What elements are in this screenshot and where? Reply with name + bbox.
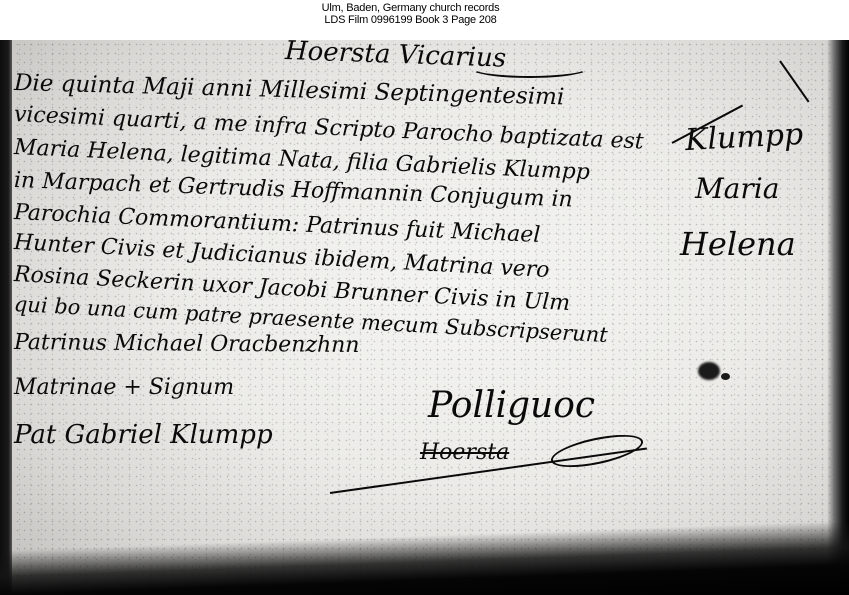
- scanned-register-page: Hoersta Vicarius Die quinta Maji anni Mi…: [0, 40, 849, 595]
- signature-struck-name: Hoersta: [420, 440, 509, 465]
- entry-line-9: Patrinus Michael Oracbenzhnn: [14, 330, 360, 358]
- margin-given-name-2: Helena: [680, 225, 796, 263]
- scan-bottom-shadow: [0, 505, 849, 595]
- entry-line-1: Die quinta Maji anni Millesimi Septingen…: [14, 70, 565, 110]
- caption-location: Ulm, Baden, Germany church records: [0, 2, 849, 14]
- margin-given-name-1: Maria: [695, 172, 779, 205]
- heading-flourish: [470, 58, 589, 78]
- ink-blot-small: [721, 373, 730, 380]
- signature-flourish: [548, 429, 645, 474]
- caption-film-reference: LDS Film 0996199 Book 3 Page 208: [0, 14, 849, 26]
- pastor-signature: Polliguoc: [428, 385, 595, 426]
- record-caption: Ulm, Baden, Germany church records LDS F…: [0, 0, 849, 42]
- margin-surname: Klumpp: [684, 117, 804, 158]
- ink-blot: [698, 362, 720, 380]
- entry-line-10: Matrinae + Signum: [14, 375, 234, 400]
- entry-line-11: Pat Gabriel Klumpp: [14, 420, 273, 450]
- margin-corner-mark: [779, 60, 809, 102]
